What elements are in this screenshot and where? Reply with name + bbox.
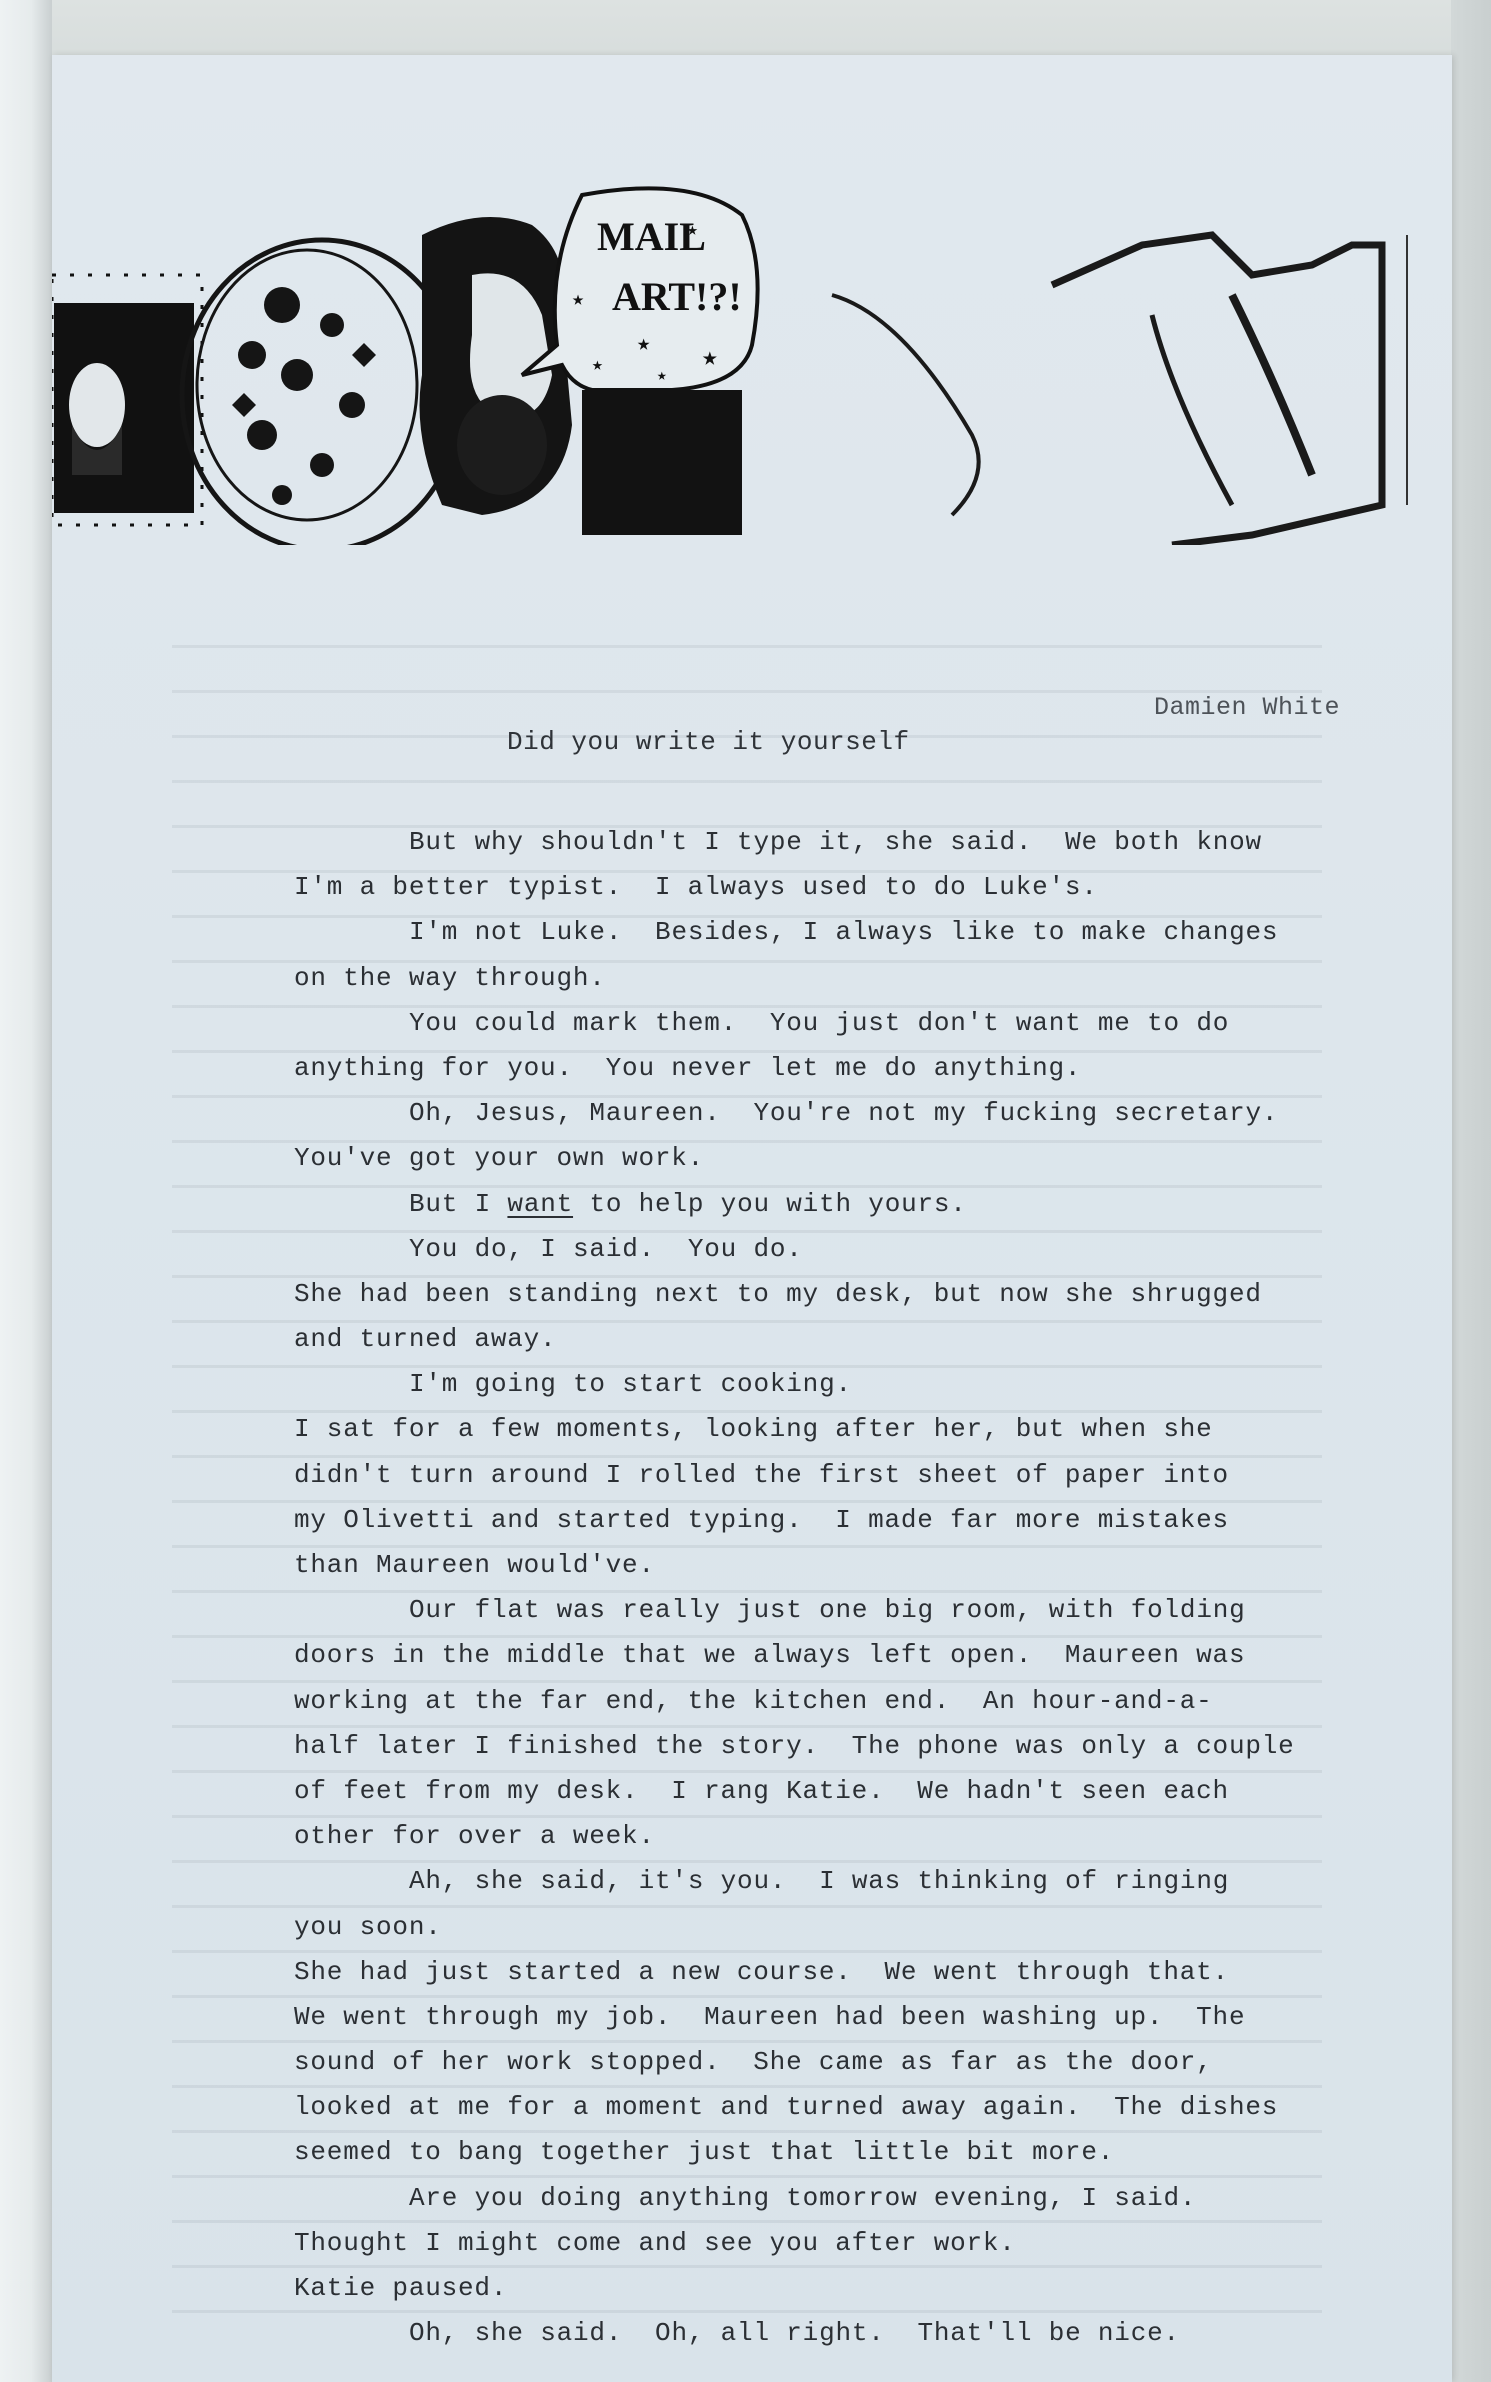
mail-art-collage: MAIL ART!?! ★ ★ ★ ★ ★ ★ [52, 175, 1432, 545]
text-line: anything for you. You never let me do an… [294, 1046, 1474, 1091]
text-line: I'm going to start cooking. [294, 1362, 1474, 1407]
text-line: seemed to bang together just that little… [294, 2130, 1474, 2175]
text-line: Katie paused. [294, 2266, 1474, 2311]
text-line: on the way through. [294, 956, 1474, 1001]
svg-text:★: ★ [637, 332, 650, 357]
author-byline: Damien White [1154, 693, 1340, 722]
text-line: Ah, she said, it's you. I was thinking o… [294, 1859, 1474, 1904]
hand-sketch-icon [832, 235, 1407, 545]
underlined-word: want [507, 1189, 573, 1219]
text-line: Thought I might come and see you after w… [294, 2221, 1474, 2266]
text-line: You've got your own work. [294, 1136, 1474, 1181]
speech-bubble-icon: MAIL ART!?! ★ ★ ★ ★ ★ ★ [522, 188, 758, 390]
binding-shadow [0, 0, 52, 2382]
text-line: You do, I said. You do. [294, 1227, 1474, 1272]
svg-text:ART!?!: ART!?! [612, 274, 742, 319]
text-line: But I want to help you with yours. [294, 1182, 1474, 1227]
text-line: and turned away. [294, 1317, 1474, 1362]
story-body: But why shouldn't I type it, she said. W… [294, 820, 1474, 2356]
text-line: She had been standing next to my desk, b… [294, 1272, 1474, 1317]
text-line: We went through my job. Maureen had been… [294, 1995, 1474, 2040]
svg-text:★: ★ [572, 289, 584, 312]
collage-image: MAIL ART!?! ★ ★ ★ ★ ★ ★ [52, 175, 1432, 545]
text-line: I'm not Luke. Besides, I always like to … [294, 910, 1474, 955]
text-line: than Maureen would've. [294, 1543, 1474, 1588]
text-line: I'm a better typist. I always used to do… [294, 865, 1474, 910]
text-line: Our flat was really just one big room, w… [294, 1588, 1474, 1633]
typed-page: MAIL ART!?! ★ ★ ★ ★ ★ ★ [52, 55, 1452, 2382]
text-line: didn't turn around I rolled the first sh… [294, 1453, 1474, 1498]
text-line: Are you doing anything tomorrow evening,… [294, 2176, 1474, 2221]
text-line: you soon. [294, 1905, 1474, 1950]
text-line: other for over a week. [294, 1814, 1474, 1859]
text-line: But why shouldn't I type it, she said. W… [294, 820, 1474, 865]
text-line: of feet from my desk. I rang Katie. We h… [294, 1769, 1474, 1814]
text-line: You could mark them. You just don't want… [294, 1001, 1474, 1046]
svg-text:★: ★ [702, 343, 718, 373]
svg-text:★: ★ [657, 367, 667, 385]
story-title: Did you write it yourself [507, 727, 910, 757]
dark-block-icon [582, 390, 742, 535]
text-line: working at the far end, the kitchen end.… [294, 1679, 1474, 1724]
text-line: doors in the middle that we always left … [294, 1633, 1474, 1678]
postage-stamp-icon [52, 275, 202, 525]
text-line: my Olivetti and started typing. I made f… [294, 1498, 1474, 1543]
text-line: sound of her work stopped. She came as f… [294, 2040, 1474, 2085]
text-line: Oh, she said. Oh, all right. That'll be … [294, 2311, 1474, 2356]
text-line: half later I finished the story. The pho… [294, 1724, 1474, 1769]
text-line: She had just started a new course. We we… [294, 1950, 1474, 1995]
svg-text:★: ★ [592, 356, 603, 376]
text-line: looked at me for a moment and turned awa… [294, 2085, 1474, 2130]
text-line: Oh, Jesus, Maureen. You're not my fuckin… [294, 1091, 1474, 1136]
text-line: I sat for a few moments, looking after h… [294, 1407, 1474, 1452]
svg-text:★: ★ [687, 221, 698, 241]
